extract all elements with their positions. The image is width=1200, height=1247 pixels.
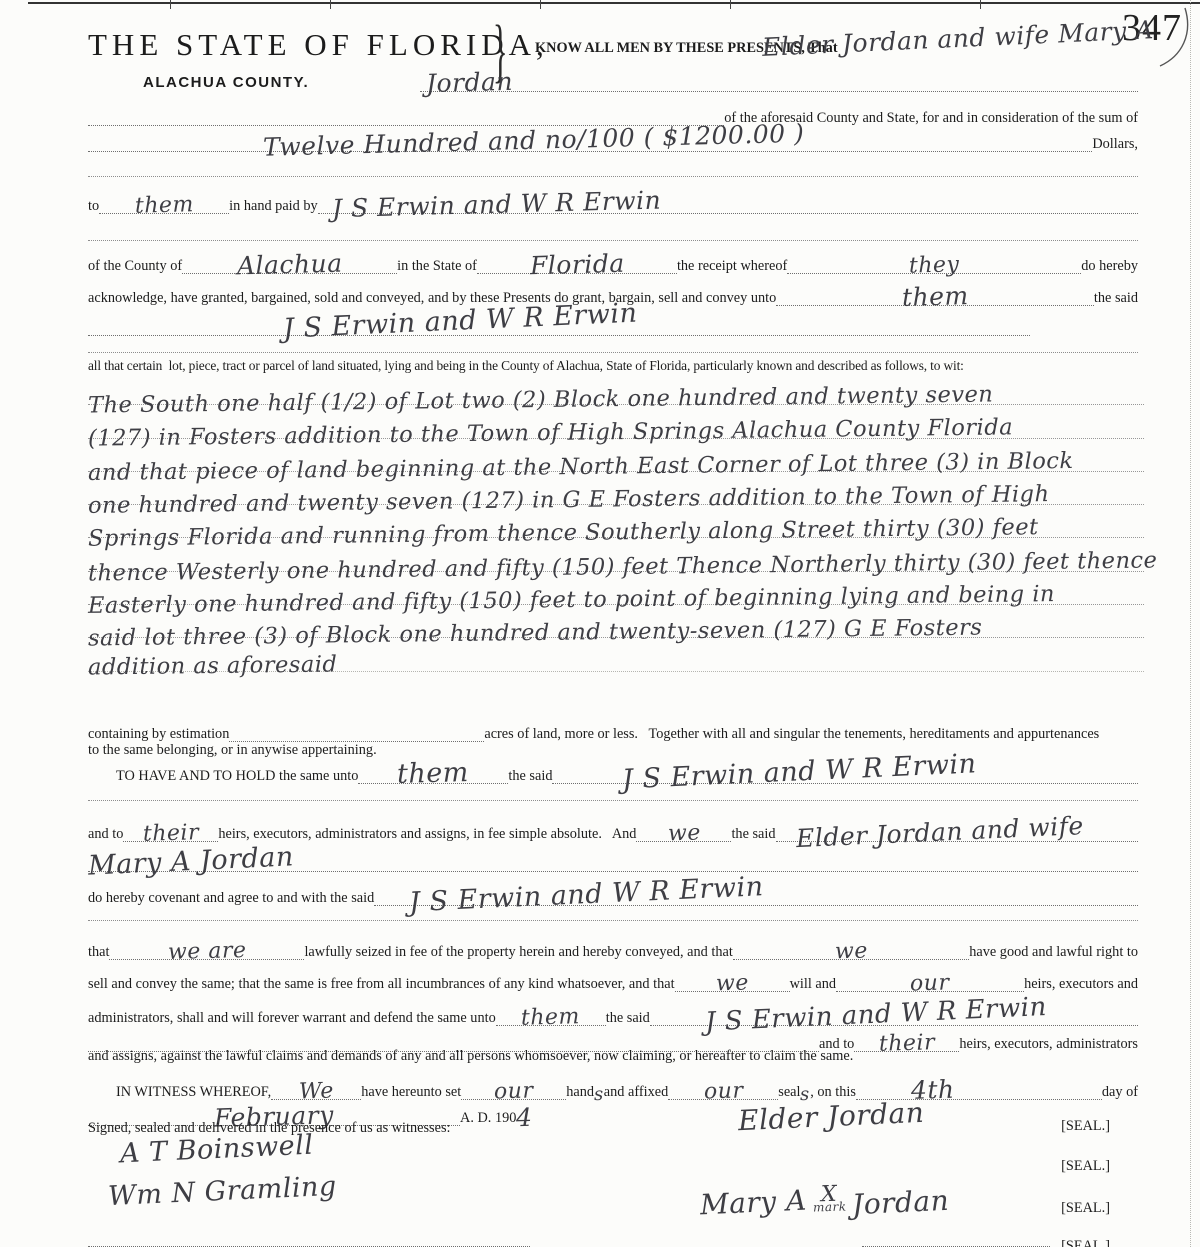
deed-document-page: 347 THE STATE OF FLORIDA, } KNOW ALL MEN… [0, 0, 1200, 1247]
acres-blank [229, 733, 484, 742]
description-line: The South one half (1/2) of Lot two (2) … [88, 372, 1144, 405]
to-label: to [88, 198, 99, 214]
agree-grantees-handwriting: J S Erwin and W R Erwin [374, 875, 764, 917]
hold-unto-handwriting: them [397, 761, 469, 787]
hold-grantees-handwriting: J S Erwin and W R Erwin [552, 752, 977, 796]
we2-handwriting: we [834, 942, 867, 963]
our-blank: our [836, 971, 1024, 992]
day-of-label: day of [1102, 1084, 1138, 1100]
that-label: that [88, 944, 109, 960]
our-hand-handwriting: our [494, 1082, 534, 1103]
the-said-label: the said [508, 768, 552, 784]
signer2-first: Mary A [699, 1188, 807, 1218]
blank-rule [88, 800, 1138, 801]
our-handwriting: our [910, 974, 950, 995]
acres-text: acres of land, more or less. Together wi… [484, 726, 1099, 742]
scan-tick [540, 0, 541, 9]
their2-blank: their [854, 1031, 959, 1052]
payers-blank: J S Erwin and W R Erwin [318, 191, 1138, 215]
signer2-last: Jordan [852, 1188, 950, 1218]
property-description-block: The South one half (1/2) of Lot two (2) … [88, 372, 1144, 672]
scan-tick [170, 0, 171, 9]
seal-label: [SEAL.] [1061, 1238, 1110, 1247]
we-are-blank: we are [109, 939, 304, 960]
and-to-label: and to [88, 826, 123, 842]
county-blank: Alachua [182, 251, 397, 275]
in-witness-label: IN WITNESS WHEREOF, [88, 1084, 271, 1100]
to-blank: them [99, 193, 229, 214]
receipt-label: the receipt whereof [677, 258, 787, 274]
grantor-continuation-handwriting: Jordan [420, 70, 514, 95]
grantees-line: J S Erwin and W R Erwin [88, 311, 1030, 336]
we-blank: we [636, 821, 731, 842]
right-to-text: have good and lawful right to [969, 944, 1138, 960]
blank-rule [88, 920, 1138, 921]
witness-we-blank: We [271, 1079, 361, 1100]
scan-tick [730, 0, 731, 9]
the-said-label: the said [731, 826, 775, 842]
scan-edge-top [28, 2, 1200, 4]
affixed-label: and affixed [604, 1084, 668, 1100]
set-label: have hereunto set [361, 1084, 461, 1100]
ad-label: A. D. 190 [460, 1110, 516, 1126]
blank-rule [88, 240, 1138, 241]
we3-blank: we [675, 971, 790, 992]
signer1-signature-handwriting: Elder Jordan [738, 1100, 925, 1134]
containing-label: containing by estimation [88, 726, 229, 742]
seized-text: lawfully seized in fee of the property h… [304, 944, 732, 960]
seal-label: [SEAL.] [1061, 1200, 1110, 1217]
our-seal-handwriting: our [703, 1082, 743, 1103]
county-handwriting: Alachua [237, 252, 343, 277]
of-county-label: of the County of [88, 258, 182, 274]
acknowledge-text: acknowledge, have granted, bargained, so… [88, 290, 776, 306]
grantor-cont-handwriting: Mary A Jordan [88, 845, 295, 879]
agree-text: do hereby covenant and agree to and with… [88, 890, 374, 906]
heirs2-text: heirs, executors, administrators [959, 1036, 1138, 1052]
the-said-label: the said [606, 1010, 650, 1026]
signer2-x-mark: X mark [813, 1182, 847, 1213]
seal-label: [SEAL.] [1061, 1118, 1110, 1135]
assigns-text: and assigns, against the lawful claims a… [88, 1048, 853, 1064]
in-state-label: in the State of [397, 258, 477, 274]
witness-we-handwriting: We [299, 1082, 334, 1103]
our-hand-blank: our [461, 1079, 566, 1100]
state-handwriting: Florida [529, 252, 624, 277]
amount-line: Twelve Hundred and no/100 ( $1200.00 ) [88, 129, 1092, 153]
agree-grantees-blank: J S Erwin and W R Erwin [374, 881, 1138, 906]
do-hereby-label: do hereby [1081, 258, 1138, 274]
grantor-blank: Elder Jordan and wife [776, 819, 1138, 843]
we2-blank: we [733, 939, 969, 960]
our-seal-blank: our [668, 1079, 778, 1100]
administrators-text: administrators, shall and will forever w… [88, 1010, 496, 1026]
blank-rule [88, 176, 1138, 177]
blank-rule [88, 352, 1138, 353]
heirs-text: heirs, executors, administrators and ass… [218, 826, 636, 842]
mark-word: mark [813, 1201, 847, 1213]
witness1-signature-handwriting: A T Boinswell [120, 1134, 314, 1167]
hold-grantees-blank: J S Erwin and W R Erwin [552, 759, 1138, 784]
unto-blank: them [776, 283, 1094, 307]
we-are-handwriting: we are [167, 941, 246, 963]
will-and-label: will and [790, 976, 836, 992]
the-said-label: the said [1094, 290, 1138, 306]
receipt-handwriting: they [909, 256, 960, 277]
description-handwriting: addition as aforesaid [88, 655, 338, 678]
to-handwriting: them [134, 195, 193, 216]
witness-line [88, 1208, 530, 1247]
in-hand-label: in hand paid by [229, 198, 318, 214]
grantees-handwriting: J S Erwin and W R Erwin [88, 301, 638, 350]
warrant-grantees-blank: J S Erwin and W R Erwin [650, 1002, 1138, 1026]
seal-label: [SEAL.] [1061, 1158, 1110, 1175]
grantor-cont-line: Mary A Jordan [88, 847, 1138, 872]
grantor-names-handwriting: Elder Jordan and wife Mary A [762, 19, 1154, 59]
them-handwriting: them [521, 1007, 580, 1028]
hand-label: hand [566, 1084, 594, 1100]
heirs-and-text: heirs, executors and [1024, 976, 1138, 992]
sell-text: sell and convey the same; that the same … [88, 976, 675, 992]
on-this-label: , on this [810, 1084, 856, 1100]
we3-handwriting: we [715, 974, 748, 995]
signature-line [862, 1216, 1050, 1247]
signer2-signature-handwriting: Mary A X mark Jordan [700, 1182, 949, 1213]
hold-unto-blank: them [358, 759, 508, 784]
scan-tick [330, 0, 331, 9]
county-title: ALACHUA COUNTY. [143, 74, 309, 91]
state-blank: Florida [477, 251, 677, 275]
their2-handwriting: their [879, 1033, 936, 1054]
hand-s-handwriting: s [594, 1087, 604, 1103]
to-hold-text: TO HAVE AND TO HOLD the same unto [88, 768, 358, 784]
belonging-text: to the same belonging, or in anywise app… [88, 742, 377, 758]
them-blank: them [496, 1005, 606, 1026]
scan-tick [980, 0, 981, 9]
receipt-blank: they [787, 253, 1081, 274]
page-edge-right [1190, 0, 1191, 1247]
their-blank: their [123, 821, 218, 842]
seal-label: seal [778, 1084, 800, 1100]
year-handwriting: 4 [516, 1106, 533, 1129]
amount-handwriting: Twelve Hundred and no/100 ( $1200.00 ) [88, 122, 805, 163]
payers-handwriting: J S Erwin and W R Erwin [317, 189, 661, 220]
grantor-continuation-line: Jordan [420, 69, 1138, 93]
dollars-label: Dollars, [1092, 136, 1138, 152]
